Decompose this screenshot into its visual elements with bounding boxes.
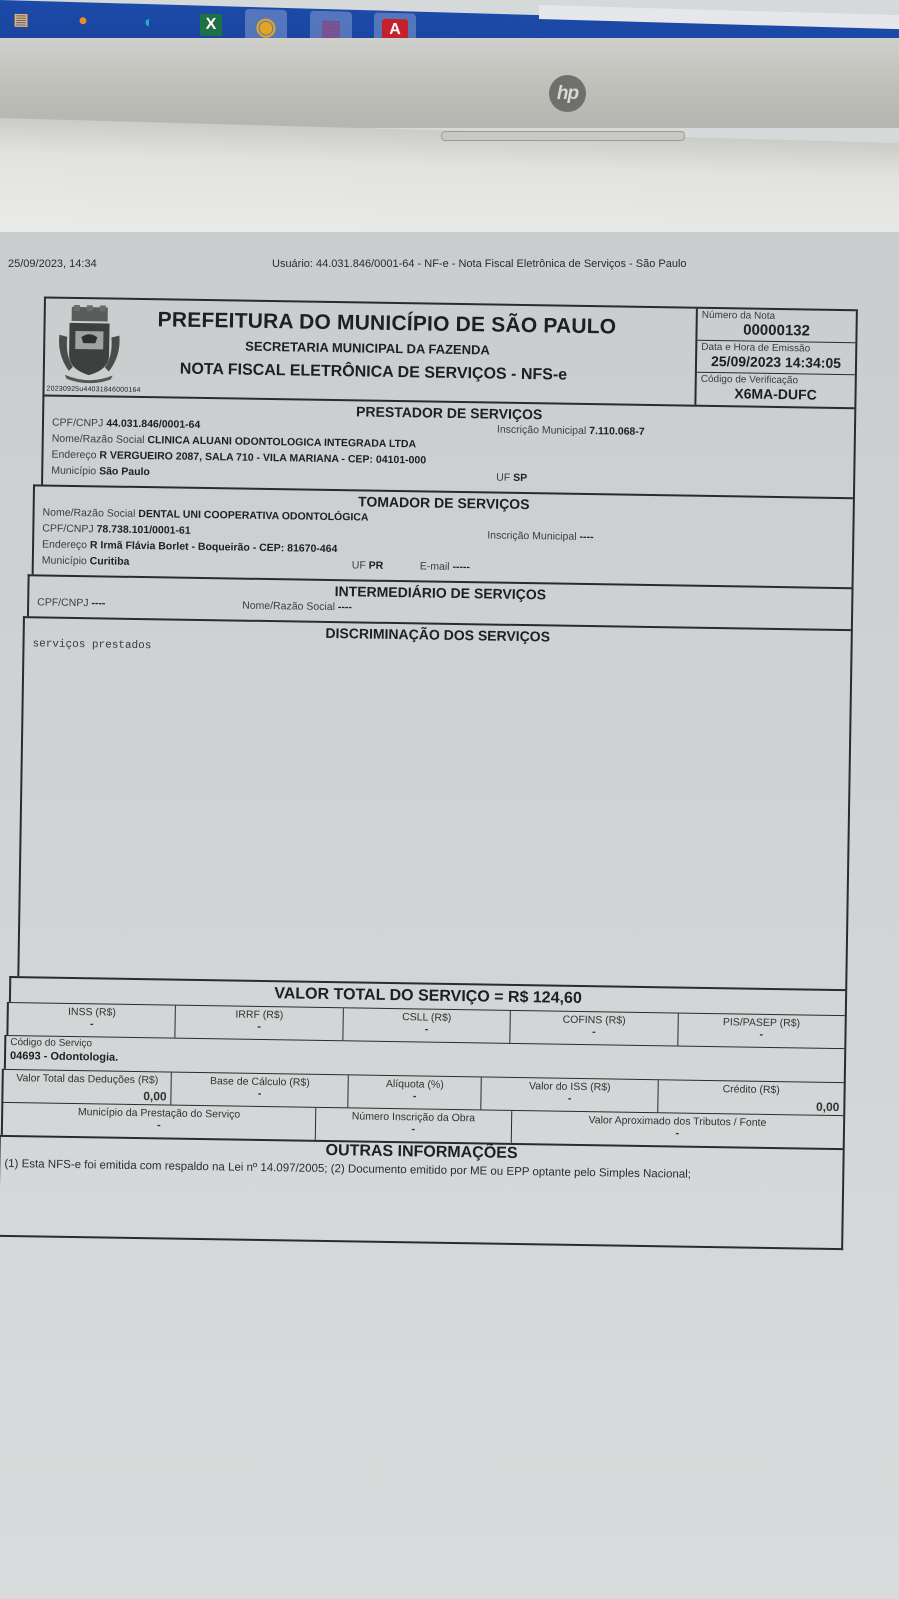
nota-info-box: Número da Nota 00000132 Data e Hora de E… <box>694 309 855 408</box>
outras-informacoes-section: OUTRAS INFORMAÇÕES (1) Esta NFS-e foi em… <box>0 1135 843 1248</box>
intermediario-cnpj-label: CPF/CNPJ <box>37 596 89 609</box>
prestador-cnpj-label: CPF/CNPJ <box>52 417 104 430</box>
discriminacao-section: DISCRIMINAÇÃO DOS SERVIÇOS serviços pres… <box>17 616 851 989</box>
tomador-nome-label: Nome/Razão Social <box>43 506 136 519</box>
valor-iss: Valor do ISS (R$)- <box>481 1077 658 1112</box>
prefeitura-title: PREFEITURA DO MUNICÍPIO DE SÃO PAULO <box>157 308 616 339</box>
codigo-verificacao-value: X6MA-DUFC <box>700 385 850 404</box>
tomador-email-label: E-mail <box>420 560 450 572</box>
prestador-cnpj: 44.031.846/0001-64 <box>106 417 200 430</box>
numero-inscricao-obra: Número Inscrição da Obra- <box>316 1108 512 1143</box>
retencao-inss: INSS (R$)- <box>8 1003 176 1038</box>
prestador-im: 7.110.068-7 <box>589 425 645 438</box>
tomador-section: TOMADOR DE SERVIÇOS Nome/Razão Social DE… <box>32 484 853 587</box>
tomador-uf: PR <box>369 560 384 572</box>
print-user-line: Usuário: 44.031.846/0001-64 - NF-e - Not… <box>272 258 687 270</box>
intermediario-nome: ---- <box>338 601 352 613</box>
valor-aproximado-tributos: Valor Aproximado dos Tributos / Fonte- <box>511 1111 843 1148</box>
print-datetime: 25/09/2023, 14:34 <box>8 258 97 270</box>
municipio-prestacao: Município da Prestação do Serviço- <box>3 1103 316 1140</box>
barcode-text: 20230925u44031846000164 <box>46 386 140 394</box>
printer-body <box>0 38 899 128</box>
aliquota: Alíquota (%)- <box>349 1075 482 1109</box>
emissao-value: 25/09/2023 14:34:05 <box>701 353 851 372</box>
file-explorer-icon[interactable]: ▤ <box>0 2 42 37</box>
tomador-nome: DENTAL UNI COOPERATIVA ODONTOLÓGICA <box>138 508 368 524</box>
tomador-uf-label: UF <box>352 559 366 571</box>
retencao-pis-pasep: PIS/PASEP (R$)- <box>678 1014 845 1049</box>
document-header: PREFEITURA DO MUNICÍPIO DE SÃO PAULO SEC… <box>42 296 855 407</box>
screen-edge <box>539 5 899 29</box>
tomador-cnpj-label: CPF/CNPJ <box>42 522 94 535</box>
prestador-im-label: Inscrição Municipal <box>497 424 586 437</box>
nfse-document: PREFEITURA DO MUNICÍPIO DE SÃO PAULO SEC… <box>0 296 858 1250</box>
tomador-im: ---- <box>579 531 593 543</box>
retencao-cofins: COFINS (R$)- <box>511 1011 679 1046</box>
numero-nota-value: 00000132 <box>701 321 851 340</box>
tomador-cnpj: 78.738.101/0001-61 <box>97 523 191 536</box>
tomador-im-label: Inscrição Municipal <box>487 529 576 542</box>
tomador-municipio: Curitiba <box>90 555 130 568</box>
printer-slot <box>441 131 685 141</box>
nfse-title: NOTA FISCAL ELETRÔNICA DE SERVIÇOS - NFS… <box>180 361 568 385</box>
prestador-nome-label: Nome/Razão Social <box>52 433 145 446</box>
firefox-icon[interactable]: ● <box>62 4 104 39</box>
secretaria-subtitle: SECRETARIA MUNICIPAL DA FAZENDA <box>245 339 490 358</box>
tomador-municipio-label: Município <box>42 554 87 567</box>
tomador-email: ----- <box>452 561 470 573</box>
intermediario-nome-label: Nome/Razão Social <box>242 600 335 613</box>
credito: Crédito (R$)0,00 <box>658 1080 843 1115</box>
prestador-municipio-label: Município <box>51 465 96 478</box>
tomador-endereco-label: Endereço <box>42 538 87 551</box>
tomador-endereco: R Irmã Flávia Borlet - Boqueirão - CEP: … <box>90 539 338 555</box>
intermediario-cnpj: ---- <box>91 597 105 609</box>
retencao-csll: CSLL (R$)- <box>343 1008 511 1043</box>
base-calculo: Base de Cálculo (R$)- <box>172 1073 349 1108</box>
prestador-uf-label: UF <box>496 472 510 484</box>
hp-logo-icon: hp <box>549 75 586 112</box>
prestador-section: PRESTADOR DE SERVIÇOS CPF/CNPJ 44.031.84… <box>41 394 854 497</box>
prestador-municipio: São Paulo <box>99 465 150 478</box>
prestador-uf: SP <box>513 472 527 484</box>
sao-paulo-crest-icon <box>55 305 124 384</box>
retencao-irrf: IRRF (R$)- <box>176 1006 344 1041</box>
valor-deducoes: Valor Total das Deduções (R$)0,00 <box>3 1070 172 1105</box>
edge-icon[interactable]: ◐ <box>128 6 170 41</box>
prestador-endereco-label: Endereço <box>51 449 96 462</box>
